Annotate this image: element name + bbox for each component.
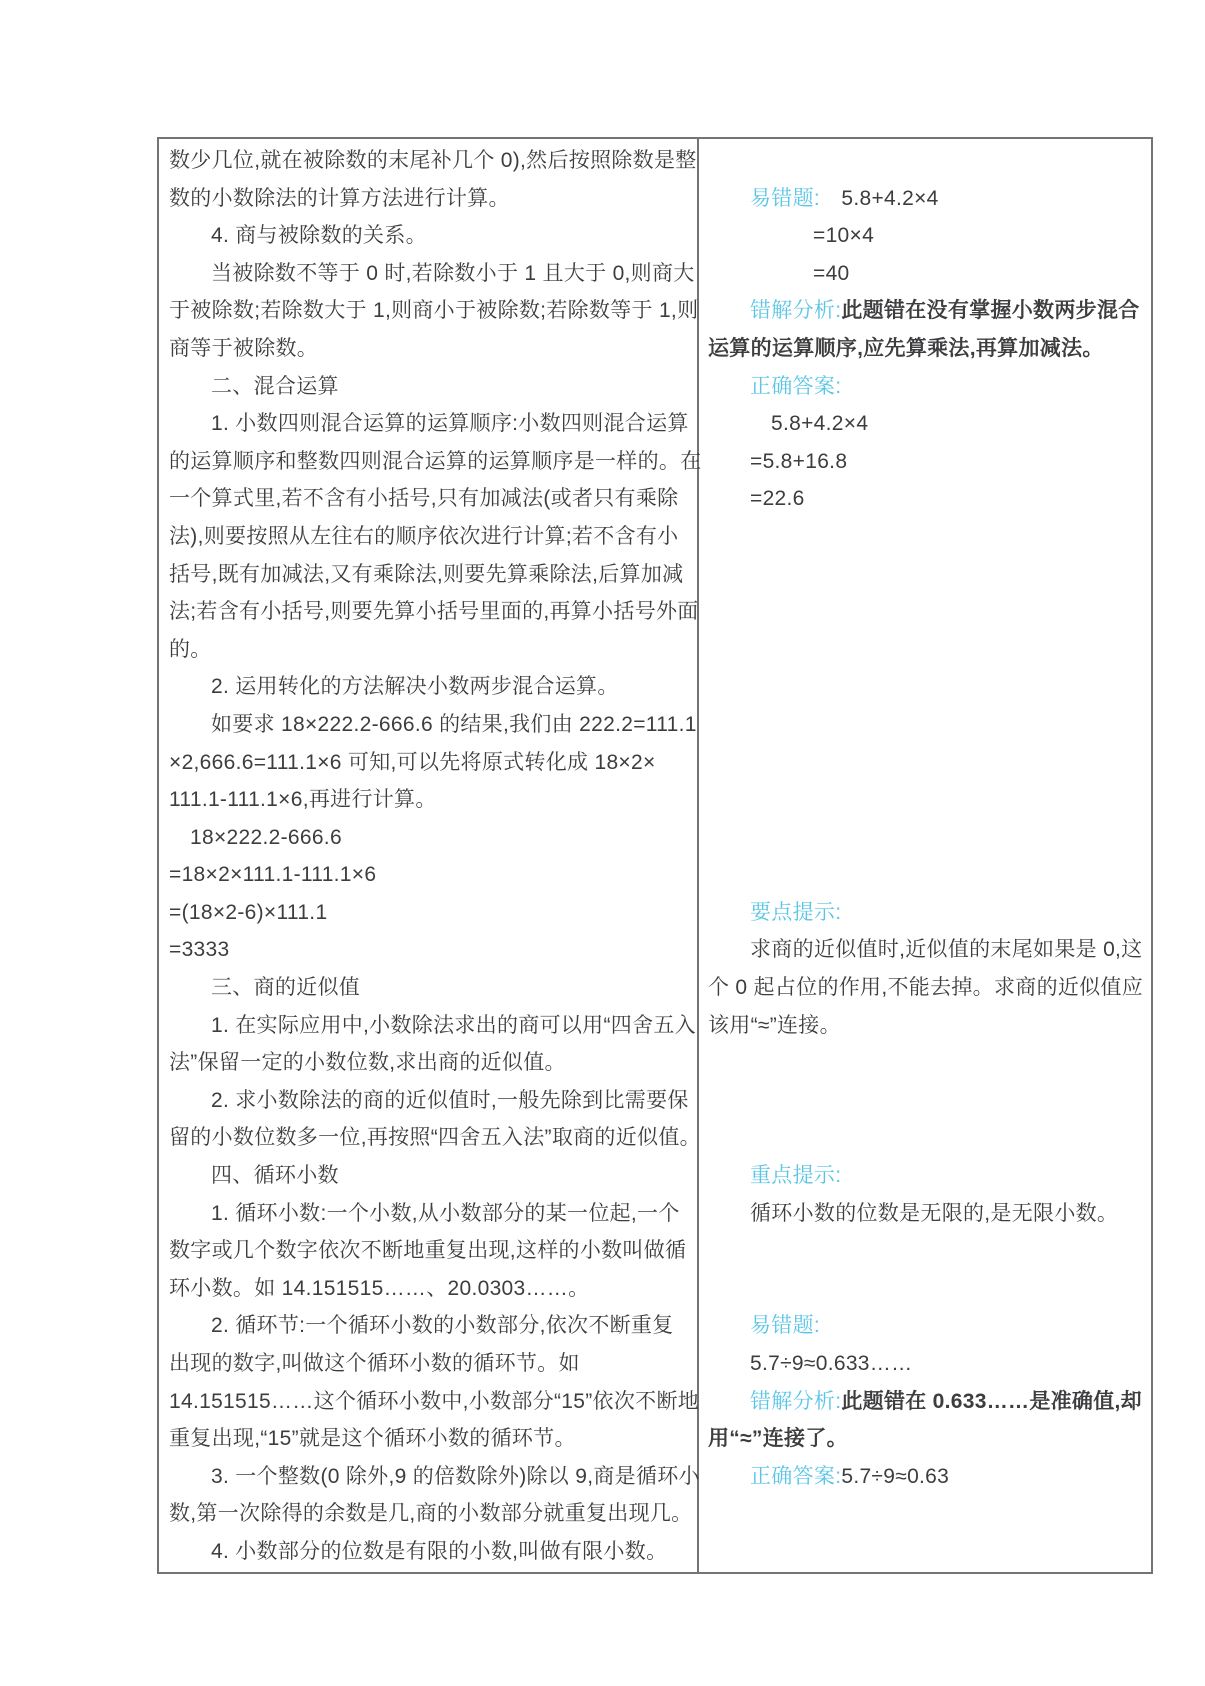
- text-segment: 4. 商与被除数的关系。: [211, 224, 427, 247]
- text-line: 法”保留一定的小数位数,求出商的近似值。: [169, 1044, 692, 1082]
- margin-note-label: 正确答案:: [750, 1465, 841, 1488]
- margin-note-label: 易错题:: [750, 187, 820, 210]
- formula-line: =5.8+16.8: [708, 443, 1147, 481]
- text-line: 2. 循环节:一个循环小数的小数部分,依次不断重复: [169, 1307, 692, 1345]
- text-segment: 用“≈”连接了。: [708, 1427, 848, 1450]
- text-line: 商等于被除数。: [169, 330, 692, 368]
- text-line: [708, 819, 1147, 857]
- text-line: 于被除数;若除数大于 1,则商小于被除数;若除数等于 1,则: [169, 292, 692, 330]
- mistake-problem-1: 易错题: 5.8+4.2×4: [708, 180, 1147, 218]
- text-segment: 此题错在没有掌握小数两步混合: [841, 299, 1139, 322]
- text-line: 重复出现,“15”就是这个循环小数的循环节。: [169, 1420, 692, 1458]
- section-heading: 三、商的近似值: [169, 969, 692, 1007]
- text-segment: 数的小数除法的计算方法进行计算。: [169, 187, 510, 210]
- formula-line: =3333: [169, 931, 692, 969]
- text-segment: 2. 运用转化的方法解决小数两步混合运算。: [211, 675, 619, 698]
- formula-line: 5.8+4.2×4: [708, 405, 1147, 443]
- text-line: 1. 在实际应用中,小数除法求出的商可以用“四舍五入: [169, 1007, 692, 1045]
- text-line: [708, 706, 1147, 744]
- margin-note-label: 错解分析:: [750, 299, 841, 322]
- text-segment: 5.8+4.2×4: [820, 187, 939, 210]
- text-segment: =22.6: [750, 487, 805, 510]
- key-point-tip: 要点提示:: [708, 894, 1147, 932]
- text-segment: 2. 求小数除法的商的近似值时,一般先除到比需要保: [211, 1089, 689, 1112]
- text-segment: 循环小数的位数是无限的,是无限小数。: [750, 1202, 1118, 1225]
- formula-line: =10×4: [708, 217, 1147, 255]
- text-segment: 4. 小数部分的位数是有限的小数,叫做有限小数。: [211, 1540, 667, 1563]
- text-segment: =(18×2-6)×111.1: [169, 901, 327, 924]
- margin-note-label: 要点提示:: [750, 901, 841, 924]
- text-line: [708, 668, 1147, 706]
- text-segment: 三、商的近似值: [211, 976, 360, 999]
- text-line: 1. 循环小数:一个小数,从小数部分的某一位起,一个: [169, 1195, 692, 1233]
- text-line: 1. 小数四则混合运算的运算顺序:小数四则混合运算: [169, 405, 692, 443]
- text-segment: 3. 一个整数(0 除外,9 的倍数除外)除以 9,商是循环小: [211, 1465, 700, 1488]
- text-line: 111.1-111.1×6,再进行计算。: [169, 781, 692, 819]
- text-line: [708, 856, 1147, 894]
- text-segment: 5.7÷9≈0.633……: [750, 1352, 912, 1375]
- main-notes-column: 数少几位,就在被除数的末尾补几个 0),然后按照除数是整数的小数除法的计算方法进…: [159, 139, 699, 1572]
- text-line: 数字或几个数字依次不断地重复出现,这样的小数叫做循: [169, 1232, 692, 1270]
- important-tip: 重点提示:: [708, 1157, 1147, 1195]
- text-segment: 出现的数字,叫做这个循环小数的循环节。如: [169, 1352, 580, 1375]
- text-line: 的。: [169, 631, 692, 669]
- text-segment: 当被除数不等于 0 时,若除数小于 1 且大于 0,则商大: [211, 262, 695, 285]
- text-line: 2. 求小数除法的商的近似值时,一般先除到比需要保: [169, 1082, 692, 1120]
- formula-line: 5.7÷9≈0.633……: [708, 1345, 1147, 1383]
- text-line: 2. 运用转化的方法解决小数两步混合运算。: [169, 668, 692, 706]
- margin-note-label: 正确答案:: [750, 375, 841, 398]
- text-line: [708, 631, 1147, 669]
- text-line: 环小数。如 14.151515……、20.0303……。: [169, 1270, 692, 1308]
- text-segment: 重复出现,“15”就是这个循环小数的循环节。: [169, 1427, 576, 1450]
- formula-line: =40: [708, 255, 1147, 293]
- text-line: [708, 744, 1147, 782]
- text-segment: 的运算顺序和整数四则混合运算的运算顺序是一样的。在: [169, 450, 702, 473]
- text-line: 留的小数位数多一位,再按照“四舍五入法”取商的近似值。: [169, 1119, 692, 1157]
- text-segment: =10×4: [813, 224, 874, 247]
- text-segment: 法”保留一定的小数位数,求出商的近似值。: [169, 1051, 566, 1074]
- margin-note-label: 重点提示:: [750, 1164, 841, 1187]
- text-line: 个 0 起占位的作用,不能去掉。求商的近似值应: [708, 969, 1147, 1007]
- mistake-problem-2: 易错题:: [708, 1307, 1147, 1345]
- text-segment: 18×222.2-666.6: [190, 826, 342, 849]
- text-line: ×2,666.6=111.1×6 可知,可以先将原式转化成 18×2×: [169, 744, 692, 782]
- formula-line: =(18×2-6)×111.1: [169, 894, 692, 932]
- text-segment: 14.151515……这个循环小数中,小数部分“15”依次不断地: [169, 1390, 699, 1413]
- text-segment: 于被除数;若除数大于 1,则商小于被除数;若除数等于 1,则: [169, 299, 698, 322]
- margin-note-label: 易错题:: [750, 1314, 820, 1337]
- text-segment: 法;若含有小括号,则要先算小括号里面的,再算小括号外面: [169, 600, 699, 623]
- text-segment: 数字或几个数字依次不断地重复出现,这样的小数叫做循: [169, 1239, 686, 1262]
- text-line: 括号,既有加减法,又有乘除法,则要先算乘除法,后算加减: [169, 556, 692, 594]
- text-line: 当被除数不等于 0 时,若除数小于 1 且大于 0,则商大: [169, 255, 692, 293]
- text-line: [708, 1082, 1147, 1120]
- text-segment: =3333: [169, 938, 229, 961]
- formula-line: =18×2×111.1-111.1×6: [169, 856, 692, 894]
- text-line: 求商的近似值时,近似值的末尾如果是 0,这: [708, 931, 1147, 969]
- text-line: 数,第一次除得的余数是几,商的小数部分就重复出现几。: [169, 1495, 692, 1533]
- formula-line: 18×222.2-666.6: [169, 819, 692, 857]
- text-segment: 留的小数位数多一位,再按照“四舍五入法”取商的近似值。: [169, 1126, 701, 1149]
- text-line: 一个算式里,若不含有小括号,只有加减法(或者只有乘除: [169, 480, 692, 518]
- text-line: 该用“≈”连接。: [708, 1007, 1147, 1045]
- text-segment: ×2,666.6=111.1×6 可知,可以先将原式转化成 18×2×: [169, 751, 656, 774]
- text-segment: 法),则要按照从左往右的顺序依次进行计算;若不含有小: [169, 525, 678, 548]
- error-analysis-2: 错解分析:此题错在 0.633……是准确值,却: [708, 1383, 1147, 1421]
- section-heading: 四、循环小数: [169, 1157, 692, 1195]
- correct-answer-1: 正确答案:: [708, 368, 1147, 406]
- text-line: [708, 1232, 1147, 1270]
- text-line: 3. 一个整数(0 除外,9 的倍数除外)除以 9,商是循环小: [169, 1458, 692, 1496]
- text-segment: =5.8+16.8: [750, 450, 847, 473]
- text-line: [708, 1533, 1147, 1571]
- text-segment: =18×2×111.1-111.1×6: [169, 863, 376, 886]
- formula-line: =22.6: [708, 480, 1147, 518]
- text-segment: 二、混合运算: [211, 375, 339, 398]
- notes-table: 数少几位,就在被除数的末尾补几个 0),然后按照除数是整数的小数除法的计算方法进…: [157, 137, 1153, 1574]
- text-line: 14.151515……这个循环小数中,小数部分“15”依次不断地: [169, 1383, 692, 1421]
- text-segment: 商等于被除数。: [169, 337, 318, 360]
- text-segment: 5.8+4.2×4: [771, 412, 868, 435]
- text-line: 4. 小数部分的位数是有限的小数,叫做有限小数。: [169, 1533, 692, 1571]
- text-line: [708, 593, 1147, 631]
- text-segment: 2. 循环节:一个循环小数的小数部分,依次不断重复: [211, 1314, 674, 1337]
- text-line: 出现的数字,叫做这个循环小数的循环节。如: [169, 1345, 692, 1383]
- text-line: 用“≈”连接了。: [708, 1420, 1147, 1458]
- text-segment: 四、循环小数: [211, 1164, 339, 1187]
- text-line: 的运算顺序和整数四则混合运算的运算顺序是一样的。在: [169, 443, 692, 481]
- text-segment: 的。: [169, 638, 212, 661]
- margin-note-label: 错解分析:: [750, 1390, 841, 1413]
- text-line: 数的小数除法的计算方法进行计算。: [169, 180, 692, 218]
- text-segment: 此题错在 0.633……是准确值,却: [841, 1390, 1142, 1413]
- text-line: [708, 1270, 1147, 1308]
- text-line: [708, 781, 1147, 819]
- text-line: [708, 1495, 1147, 1533]
- error-analysis-1: 错解分析:此题错在没有掌握小数两步混合: [708, 292, 1147, 330]
- section-heading: 二、混合运算: [169, 368, 692, 406]
- text-segment: 1. 在实际应用中,小数除法求出的商可以用“四舍五入: [211, 1014, 696, 1037]
- text-segment: 数少几位,就在被除数的末尾补几个 0),然后按照除数是整: [169, 149, 697, 172]
- text-segment: 如要求 18×222.2-666.6 的结果,我们由 222.2=111.1: [211, 713, 697, 736]
- text-segment: 个 0 起占位的作用,不能去掉。求商的近似值应: [708, 976, 1143, 999]
- text-line: 如要求 18×222.2-666.6 的结果,我们由 222.2=111.1: [169, 706, 692, 744]
- text-segment: 环小数。如 14.151515……、20.0303……。: [169, 1277, 589, 1300]
- text-segment: 111.1-111.1×6,再进行计算。: [169, 788, 437, 811]
- text-segment: 括号,既有加减法,又有乘除法,则要先算乘除法,后算加减: [169, 563, 683, 586]
- text-line: [708, 518, 1147, 556]
- text-segment: 求商的近似值时,近似值的末尾如果是 0,这: [750, 938, 1142, 961]
- text-segment: 数,第一次除得的余数是几,商的小数部分就重复出现几。: [169, 1502, 692, 1525]
- text-line: 数少几位,就在被除数的末尾补几个 0),然后按照除数是整: [169, 142, 692, 180]
- text-segment: =40: [813, 262, 850, 285]
- text-segment: 运算的运算顺序,应先算乘法,再算加减法。: [708, 337, 1104, 360]
- margin-notes-column: 易错题: 5.8+4.2×4=10×4=40错解分析:此题错在没有掌握小数两步混…: [699, 139, 1151, 1572]
- text-segment: 5.7÷9≈0.63: [841, 1465, 949, 1488]
- text-line: [708, 142, 1147, 180]
- text-line: [708, 556, 1147, 594]
- correct-answer-2: 正确答案:5.7÷9≈0.63: [708, 1458, 1147, 1496]
- text-line: [708, 1119, 1147, 1157]
- text-line: 运算的运算顺序,应先算乘法,再算加减法。: [708, 330, 1147, 368]
- text-line: [708, 1044, 1147, 1082]
- text-segment: 一个算式里,若不含有小括号,只有加减法(或者只有乘除: [169, 487, 678, 510]
- text-line: 4. 商与被除数的关系。: [169, 217, 692, 255]
- text-line: 循环小数的位数是无限的,是无限小数。: [708, 1195, 1147, 1233]
- text-line: 法),则要按照从左往右的顺序依次进行计算;若不含有小: [169, 518, 692, 556]
- text-segment: 该用“≈”连接。: [708, 1014, 841, 1037]
- text-segment: 1. 小数四则混合运算的运算顺序:小数四则混合运算: [211, 412, 689, 435]
- text-line: 法;若含有小括号,则要先算小括号里面的,再算小括号外面: [169, 593, 692, 631]
- text-segment: 1. 循环小数:一个小数,从小数部分的某一位起,一个: [211, 1202, 680, 1225]
